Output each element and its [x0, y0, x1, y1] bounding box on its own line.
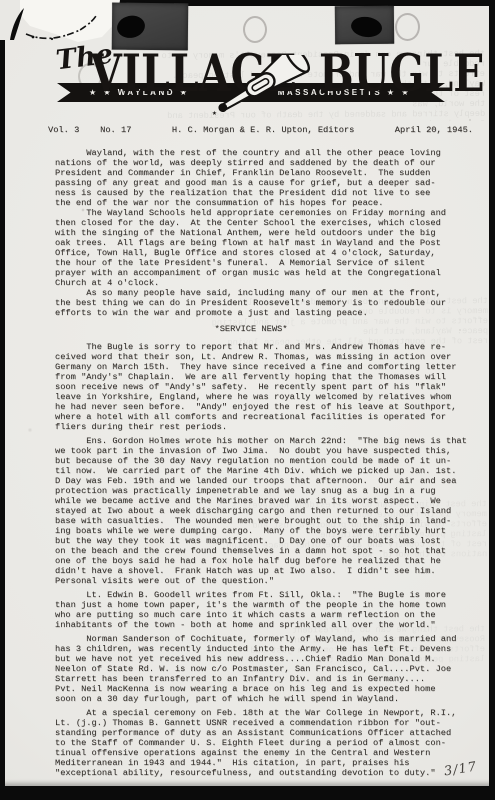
tape-hole-blob [115, 13, 147, 40]
paragraph-gannett: At a special ceremony on Feb. 18th at th… [55, 708, 475, 778]
newsletter-scan-page: the best thing we can do in President Ro… [0, 0, 495, 800]
paragraph-roosevelt: Wayland, with the rest of the country an… [55, 148, 475, 208]
spark-star-icon: ★ [212, 108, 217, 118]
paragraph-goodell: Lt. Edwin B. Goodell writes from Ft. Sil… [55, 590, 475, 630]
ring-stain [395, 13, 420, 41]
issue-date: April 20, 1945. [395, 125, 473, 135]
paragraph-memory: As so many people have said, including m… [55, 288, 475, 318]
ring-stain [243, 16, 267, 43]
paragraph-sanderson: Norman Sanderson of Cochituate, formerly… [55, 634, 475, 704]
paragraph-thomas: The Bugle is sorry to report that Mr. an… [55, 342, 475, 432]
paragraph-holmes: Ens. Gordon Holmes wrote his mother on M… [55, 436, 475, 586]
tape-patch-right [335, 6, 394, 45]
body-text: Wayland, with the rest of the country an… [55, 148, 475, 778]
bugle-icon [206, 55, 322, 119]
scan-edge-bottom [0, 786, 495, 800]
scan-edge-right [489, 0, 495, 800]
volume-number: Vol. 3 No. 17 [48, 125, 131, 135]
editors-line: H. C. Morgan & E. R. Upton, Editors [172, 125, 354, 135]
scan-edge-left [0, 40, 5, 800]
paragraph-schools: The Wayland Schools held appropriate cer… [55, 208, 475, 288]
dateline: Vol. 3 No. 17 H. C. Morgan & E. R. Upton… [48, 125, 473, 135]
tape-hole-blob [350, 15, 383, 39]
service-news-header: *SERVICE NEWS* [55, 324, 447, 334]
